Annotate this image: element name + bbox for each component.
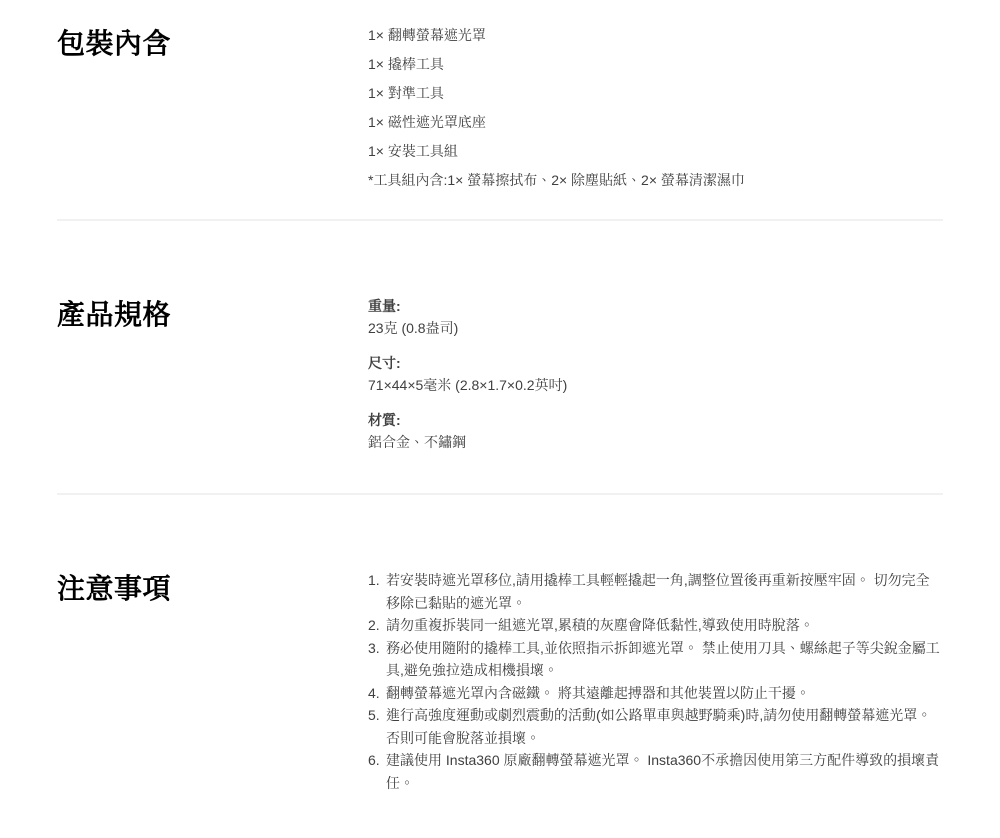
note-item: 6. 建議使用 Insta360 原廠翻轉螢幕遮光罩。 Insta360不承擔因… [368,749,943,794]
precautions-list: 1. 若安裝時遮光罩移位,請用撬棒工具輕輕撬起一角,調整位置後再重新按壓牢固。 … [368,569,943,794]
note-number: 1. [368,569,386,614]
package-item: 1× 安裝工具組 [368,140,943,162]
section-title-column: 包裝內含 [57,24,368,63]
note-text: 若安裝時遮光罩移位,請用撬棒工具輕輕撬起一角,調整位置後再重新按壓牢固。 切勿完… [386,569,943,614]
section-title-column: 產品規格 [57,295,368,334]
note-item: 2. 請勿重複拆裝同一組遮光罩,累積的灰塵會降低黏性,導致使用時脫落。 [368,614,943,637]
spec-value: 23克 (0.8盎司) [368,317,943,339]
spec-group-weight: 重量: 23克 (0.8盎司) [368,295,943,339]
package-item: 1× 磁性遮光罩底座 [368,111,943,133]
spec-label: 材質: [368,409,943,431]
section-package-contents: 包裝內含 1× 翻轉螢幕遮光罩 1× 撬棒工具 1× 對準工具 1× 磁性遮光罩… [57,0,943,219]
spec-group-material: 材質: 鋁合金、不鏽鋼 [368,409,943,453]
section-title-column: 注意事項 [57,569,368,608]
spec-label: 尺寸: [368,352,943,374]
spec-value: 鋁合金、不鏽鋼 [368,431,943,453]
section-product-specs: 產品規格 重量: 23克 (0.8盎司) 尺寸: 71×44×5毫米 (2.8×… [57,221,943,493]
spec-group-dimensions: 尺寸: 71×44×5毫米 (2.8×1.7×0.2英吋) [368,352,943,396]
section-precautions: 注意事項 1. 若安裝時遮光罩移位,請用撬棒工具輕輕撬起一角,調整位置後再重新按… [57,495,943,829]
note-item: 3. 務必使用隨附的撬棒工具,並依照指示拆卸遮光罩。 禁止使用刀具、螺絲起子等尖… [368,637,943,682]
note-text: 建議使用 Insta360 原廠翻轉螢幕遮光罩。 Insta360不承擔因使用第… [386,749,943,794]
note-text: 進行高強度運動或劇烈震動的活動(如公路單車與越野騎乘)時,請勿使用翻轉螢幕遮光罩… [386,704,943,749]
note-item: 5. 進行高強度運動或劇烈震動的活動(如公路單車與越野騎乘)時,請勿使用翻轉螢幕… [368,704,943,749]
note-text: 翻轉螢幕遮光罩內含磁鐵。 將其遠離起搏器和其他裝置以防止干擾。 [386,682,943,705]
product-info-page: 包裝內含 1× 翻轉螢幕遮光罩 1× 撬棒工具 1× 對準工具 1× 磁性遮光罩… [57,0,943,829]
precautions-title: 注意事項 [57,569,368,608]
note-item: 4. 翻轉螢幕遮光罩內含磁鐵。 將其遠離起搏器和其他裝置以防止干擾。 [368,682,943,705]
note-number: 3. [368,637,386,682]
note-item: 1. 若安裝時遮光罩移位,請用撬棒工具輕輕撬起一角,調整位置後再重新按壓牢固。 … [368,569,943,614]
package-contents-title: 包裝內含 [57,24,368,63]
product-specs-title: 產品規格 [57,295,368,334]
note-number: 4. [368,682,386,705]
note-text: 請勿重複拆裝同一組遮光罩,累積的灰塵會降低黏性,導致使用時脫落。 [386,614,943,637]
package-contents-list: 1× 翻轉螢幕遮光罩 1× 撬棒工具 1× 對準工具 1× 磁性遮光罩底座 1×… [368,24,943,191]
note-number: 6. [368,749,386,794]
note-text: 務必使用隨附的撬棒工具,並依照指示拆卸遮光罩。 禁止使用刀具、螺絲起子等尖銳金屬… [386,637,943,682]
note-number: 5. [368,704,386,749]
product-specs-list: 重量: 23克 (0.8盎司) 尺寸: 71×44×5毫米 (2.8×1.7×0… [368,295,943,466]
package-item: 1× 翻轉螢幕遮光罩 [368,24,943,46]
spec-value: 71×44×5毫米 (2.8×1.7×0.2英吋) [368,374,943,396]
package-item: 1× 撬棒工具 [368,53,943,75]
package-item: 1× 對準工具 [368,82,943,104]
note-number: 2. [368,614,386,637]
spec-label: 重量: [368,295,943,317]
package-footnote: *工具組內含:1× 螢幕擦拭布、2× 除塵貼紙、2× 螢幕清潔濕巾 [368,169,782,191]
